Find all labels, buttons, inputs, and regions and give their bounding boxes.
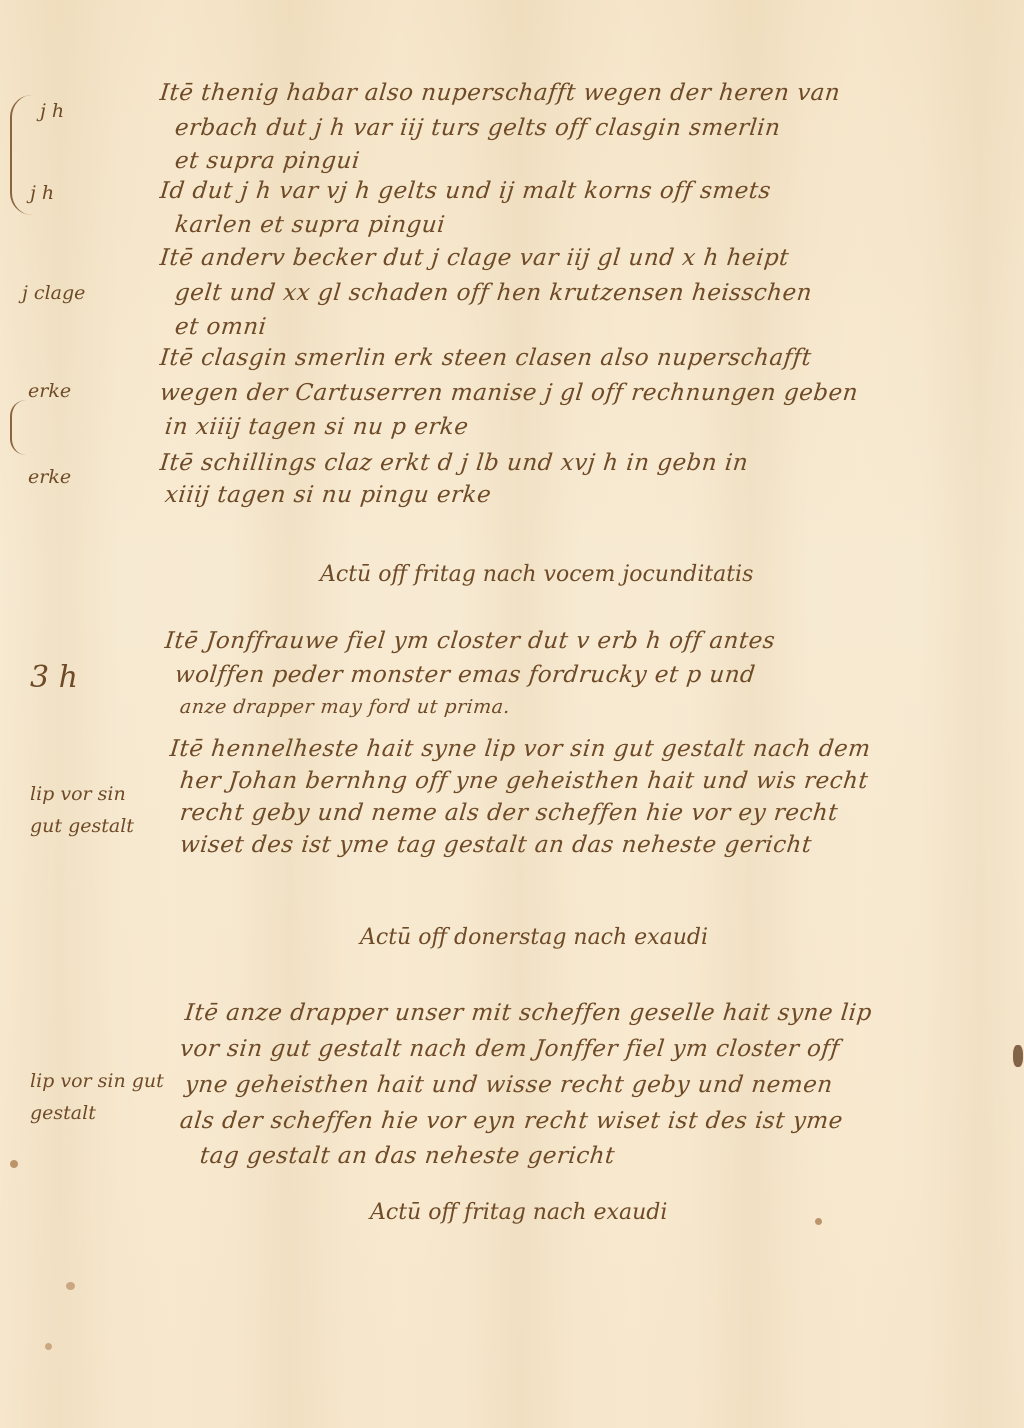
manuscript-page: j h Itē thenig habar also nuperschafft w… [0, 0, 1024, 1428]
entry-line: tag gestalt an das neheste gericht [199, 1143, 617, 1169]
entry-line: wiset des ist yme tag gestalt an das neh… [179, 832, 813, 858]
entry-line: Itē clasgin smerlin erk steen clasen als… [159, 345, 813, 371]
entry-line: anze drapper may ford ut prima. [179, 696, 511, 718]
entry-line: wolffen peder monster emas fordrucky et … [174, 662, 757, 688]
entry-line: karlen et supra pingui [174, 212, 447, 238]
entry-line: Id dut j h var vj h gelts und ij malt ko… [159, 178, 773, 204]
entry-line: yne geheisthen hait und wisse recht geby… [184, 1072, 834, 1098]
entry-line: Itē anze drapper unser mit scheffen gese… [184, 1000, 874, 1026]
entry-line: als der scheffen hie vor eyn recht wiset… [179, 1108, 845, 1134]
margin-note: j h [40, 100, 64, 122]
entry-line: Itē thenig habar also nuperschafft wegen… [159, 80, 842, 106]
margin-note: erke [28, 380, 71, 402]
margin-note: erke [28, 466, 71, 488]
session-heading: Actū off donerstag nach exaudi [360, 925, 708, 950]
entry-line: gelt und xx gl schaden off hen krutzense… [174, 280, 814, 306]
entry-line: Itē Jonffrauwe fiel ym closter dut v erb… [164, 628, 777, 654]
entry-line: et omni [174, 314, 268, 340]
margin-note: j h [30, 182, 54, 204]
ink-spot [10, 1160, 18, 1168]
ink-spot [45, 1343, 52, 1350]
margin-note: 3 h [30, 660, 78, 695]
ink-spot [66, 1282, 75, 1290]
entry-line: recht geby und neme als der scheffen hie… [179, 800, 840, 826]
ink-spot [1013, 1045, 1023, 1067]
entry-line: xiiij tagen si nu pingu erke [164, 482, 493, 508]
margin-bracket-1 [10, 95, 32, 215]
margin-note: lip vor sin gut gestalt [30, 778, 160, 842]
entry-line: vor sin gut gestalt nach dem Jonffer fie… [179, 1036, 841, 1062]
entry-line: her Johan bernhng off yne geheisthen hai… [179, 768, 870, 794]
entry-line: wegen der Cartuserren manise j gl off re… [159, 380, 860, 406]
ink-spot [815, 1218, 822, 1225]
margin-note: j clage [22, 282, 85, 304]
session-heading: Actū off fritag nach exaudi [370, 1200, 667, 1225]
entry-line: in xiiij tagen si nu p erke [164, 414, 470, 440]
entry-line: Itē anderv becker dut j clage var iij gl… [159, 245, 791, 271]
entry-line: et supra pingui [174, 148, 362, 174]
entry-line: Itē hennelheste hait syne lip vor sin gu… [169, 736, 872, 762]
entry-line: Itē schillings claz erkt d j lb und xvj … [159, 450, 750, 476]
session-heading: Actū off fritag nach vocem jocunditatis [320, 562, 753, 587]
margin-bracket-2 [10, 400, 26, 455]
entry-line: erbach dut j h var iij turs gelts off cl… [174, 115, 782, 141]
margin-note: lip vor sin gut gestalt [30, 1065, 170, 1129]
